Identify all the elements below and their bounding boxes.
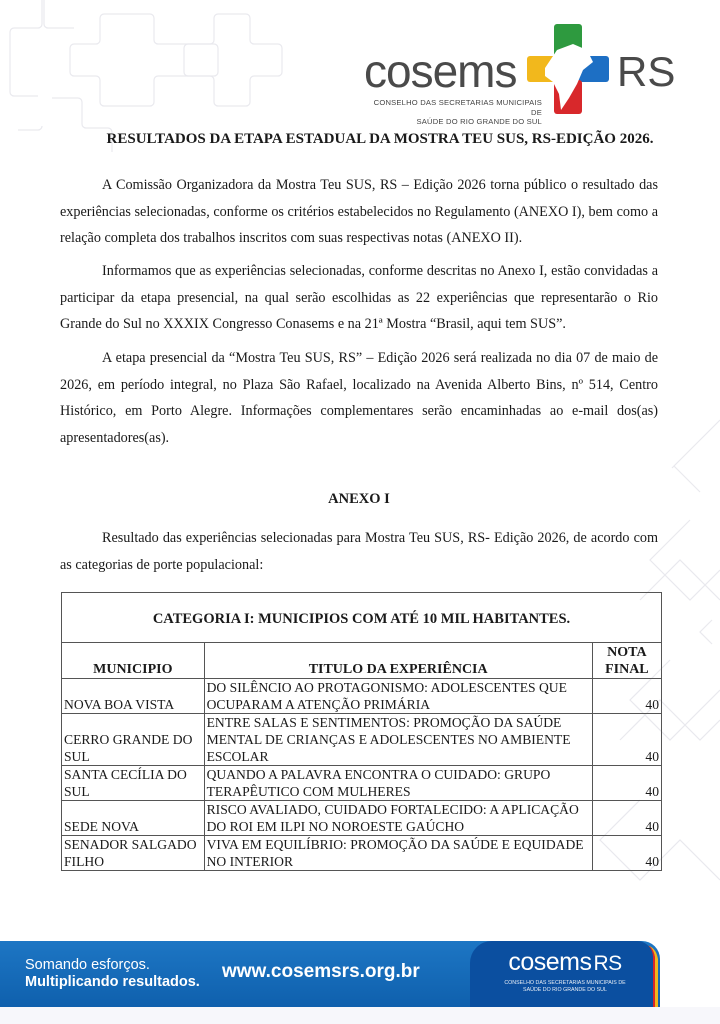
- cell-nota: 40: [592, 679, 661, 714]
- slogan-line2: Multiplicando resultados.: [25, 974, 200, 990]
- column-header-nota-label: NOTAFINAL: [605, 645, 649, 677]
- footer-slogan: Somando esforços. Multiplicando resultad…: [25, 957, 200, 991]
- cell-municipio: CERRO GRANDE DO SUL: [62, 714, 205, 766]
- cell-nota: 40: [592, 714, 661, 766]
- cell-titulo: ENTRE SALAS E SENTIMENTOS: PROMOÇÃO DA S…: [204, 714, 592, 766]
- cell-titulo: QUANDO A PALAVRA ENCONTRA O CUIDADO: GRU…: [204, 766, 592, 801]
- table-row: CERRO GRANDE DO SUL ENTRE SALAS E SENTIM…: [62, 714, 662, 766]
- logo-subtitle: CONSELHO DAS SECRETARIAS MUNICIPAIS DE S…: [364, 98, 542, 127]
- cell-municipio: NOVA BOA VISTA: [62, 679, 205, 714]
- column-header-municipio: MUNICIPIO: [62, 643, 205, 679]
- cell-municipio: SEDE NOVA: [62, 801, 205, 836]
- cell-nota: 40: [592, 801, 661, 836]
- paragraph-event-details: A etapa presencial da “Mostra Teu SUS, R…: [60, 345, 658, 451]
- table-row: SENADOR SALGADO FILHO VIVA EM EQUILÍBRIO…: [62, 836, 662, 871]
- footer-logo-suffix: RS: [593, 952, 621, 975]
- footer-banner: Somando esforços. Multiplicando resultad…: [0, 941, 720, 1007]
- paragraph-intro: A Comissão Organizadora da Mostra Teu SU…: [60, 172, 658, 252]
- cell-titulo: DO SILÊNCIO AO PROTAGONISMO: ADOLESCENTE…: [204, 679, 592, 714]
- footer-cosems-logo: cosemsRS CONSELHO DAS SECRETARIAS MUNICI…: [500, 949, 630, 994]
- cosems-rs-logo: cosems RS CONSELHO DAS SECRETARIAS MUNIC…: [364, 22, 664, 122]
- table-header-row: MUNICIPIO TITULO DA EXPERIÊNCIA NOTAFINA…: [62, 643, 662, 679]
- footer-website-link[interactable]: www.cosemsrs.org.br: [222, 961, 420, 983]
- cell-titulo: RISCO AVALIADO, CUIDADO FORTALECIDO: A A…: [204, 801, 592, 836]
- column-header-titulo: TITULO DA EXPERIÊNCIA: [204, 643, 592, 679]
- footer-logo-sub1: CONSELHO DAS SECRETARIAS MUNICIPAIS DE: [500, 980, 630, 987]
- footer-logo-word: cosems: [508, 948, 591, 976]
- document-title: RESULTADOS DA ETAPA ESTADUAL DA MOSTRA T…: [60, 131, 700, 148]
- logo-subtitle-line2: SAÚDE DO RIO GRANDE DO SUL: [364, 117, 542, 127]
- logo-rs-suffix: RS: [617, 50, 675, 94]
- table-row: SEDE NOVA RISCO AVALIADO, CUIDADO FORTAL…: [62, 801, 662, 836]
- cell-municipio: SENADOR SALGADO FILHO: [62, 836, 205, 871]
- document-page: cosems RS CONSELHO DAS SECRETARIAS MUNIC…: [0, 0, 720, 1024]
- page-bottom-strip: [0, 1007, 720, 1024]
- logo-wordmark: cosems: [364, 48, 516, 94]
- footer-logo-wordmark: cosemsRS: [500, 949, 630, 977]
- footer-logo-sub2: SAÚDE DO RIO GRANDE DO SUL: [500, 987, 630, 994]
- category-heading: CATEGORIA I: MUNICIPIOS COM ATÉ 10 MIL H…: [62, 593, 662, 643]
- table-row: SANTA CECÍLIA DO SUL QUANDO A PALAVRA EN…: [62, 766, 662, 801]
- results-table: CATEGORIA I: MUNICIPIOS COM ATÉ 10 MIL H…: [61, 592, 662, 871]
- table-row: NOVA BOA VISTA DO SILÊNCIO AO PROTAGONIS…: [62, 679, 662, 714]
- paragraph-invitation: Informamos que as experiências seleciona…: [60, 258, 658, 338]
- cell-titulo: VIVA EM EQUILÍBRIO: PROMOÇÃO DA SAÚDE E …: [204, 836, 592, 871]
- logo-subtitle-line1: CONSELHO DAS SECRETARIAS MUNICIPAIS DE: [364, 98, 542, 117]
- annex-intro: Resultado das experiências selecionadas …: [60, 525, 658, 578]
- column-header-nota: NOTAFINAL: [592, 643, 661, 679]
- footer-logo-subtitle: CONSELHO DAS SECRETARIAS MUNICIPAIS DE S…: [500, 980, 630, 994]
- cell-nota: 40: [592, 766, 661, 801]
- cell-nota: 40: [592, 836, 661, 871]
- cell-municipio: SANTA CECÍLIA DO SUL: [62, 766, 205, 801]
- slogan-line1: Somando esforços.: [25, 957, 200, 974]
- annex-title: ANEXO I: [60, 491, 658, 508]
- category-row: CATEGORIA I: MUNICIPIOS COM ATÉ 10 MIL H…: [62, 593, 662, 643]
